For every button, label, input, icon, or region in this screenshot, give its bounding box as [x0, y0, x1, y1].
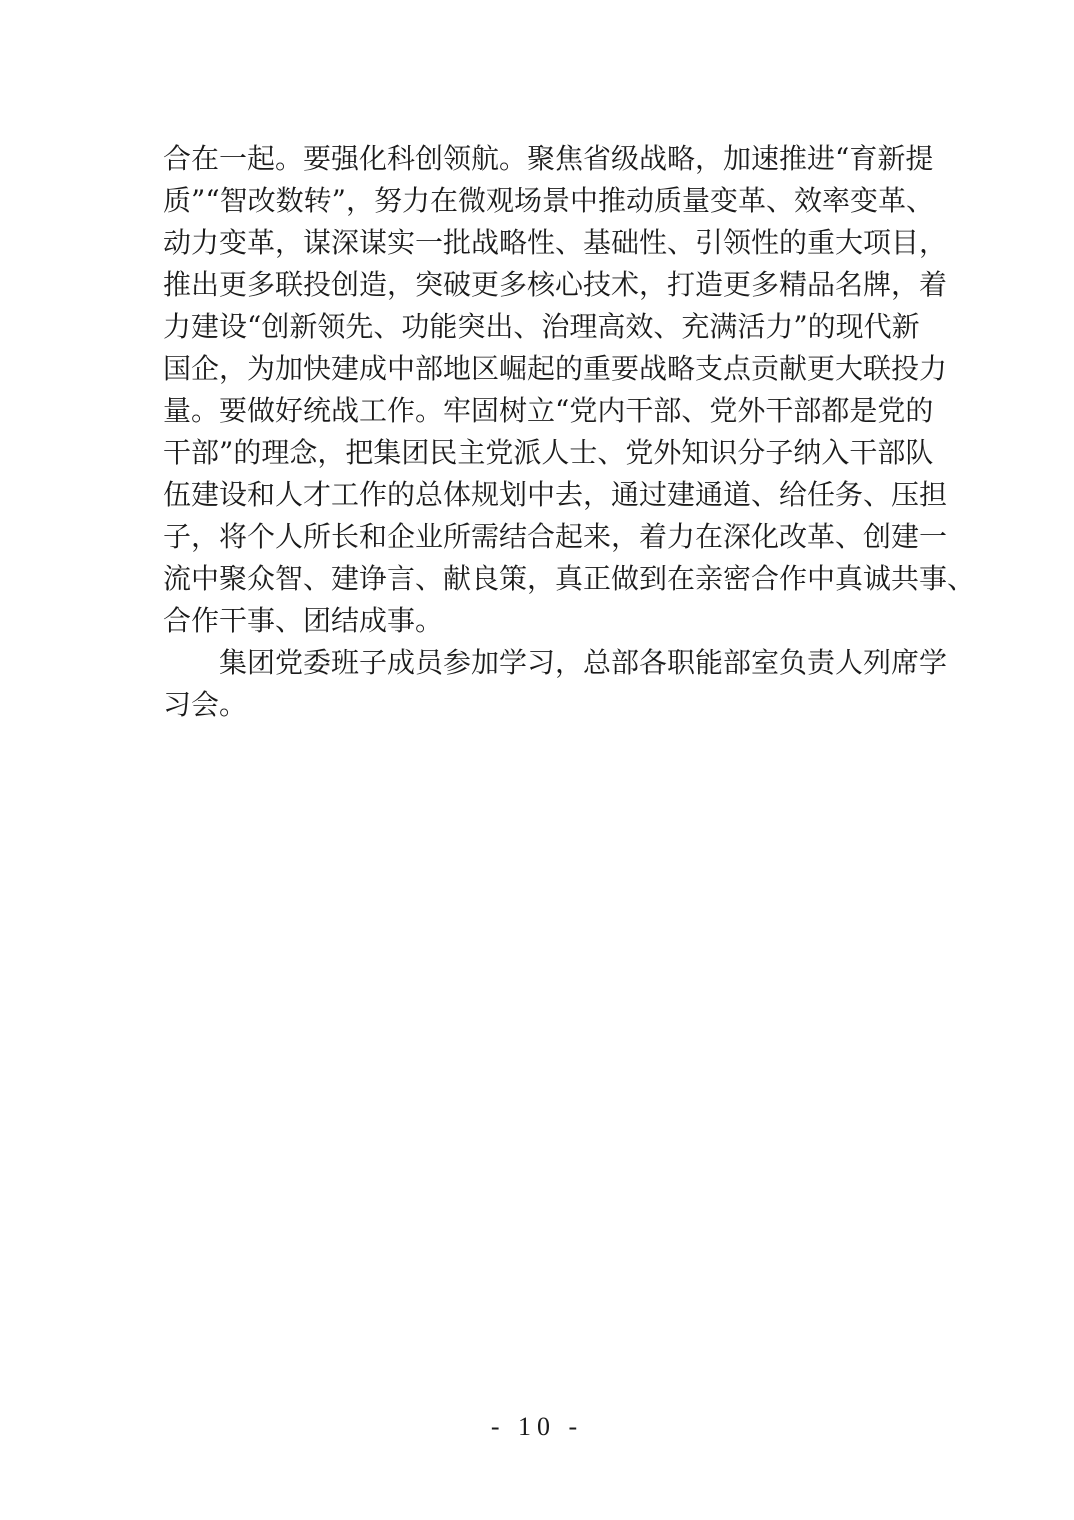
- text-line: 干部”的理念，把集团民主党派人士、党外知识分子纳入干部队: [163, 432, 912, 474]
- text-line: 力建设“创新领先、功能突出、治理高效、充满活力”的现代新: [163, 306, 912, 348]
- text-line: 习会。: [163, 684, 912, 726]
- text-line: 推出更多联投创造，突破更多核心技术，打造更多精品名牌，着: [163, 264, 912, 306]
- text-line: 伍建设和人才工作的总体规划中去，通过建通道、给任务、压担: [163, 474, 912, 516]
- text-line: 合在一起。要强化科创领航。聚焦省级战略，加速推进“育新提: [163, 138, 912, 180]
- text-line: 子，将个人所长和企业所需结合起来，着力在深化改革、创建一: [163, 516, 912, 558]
- text-line: 集团党委班子成员参加学习，总部各职能部室负责人列席学: [163, 642, 912, 684]
- text-line: 动力变革，谋深谋实一批战略性、基础性、引领性的重大项目，: [163, 222, 912, 264]
- text-line: 合作干事、团结成事。: [163, 600, 912, 642]
- text-line: 国企，为加快建成中部地区崛起的重要战略支点贡献更大联投力: [163, 348, 912, 390]
- text-line: 流中聚众智、建诤言、献良策，真正做到在亲密合作中真诚共事、: [163, 558, 912, 600]
- document-page: 合在一起。要强化科创领航。聚焦省级战略，加速推进“育新提 质”“智改数转”，努力…: [0, 0, 1074, 1520]
- document-body: 合在一起。要强化科创领航。聚焦省级战略，加速推进“育新提 质”“智改数转”，努力…: [163, 138, 912, 726]
- text-line: 量。要做好统战工作。牢固树立“党内干部、党外干部都是党的: [163, 390, 912, 432]
- paragraph-1: 合在一起。要强化科创领航。聚焦省级战略，加速推进“育新提 质”“智改数转”，努力…: [163, 138, 912, 642]
- text-line: 质”“智改数转”，努力在微观场景中推动质量变革、效率变革、: [163, 180, 912, 222]
- page-number: - 10 -: [0, 1412, 1074, 1442]
- paragraph-2: 集团党委班子成员参加学习，总部各职能部室负责人列席学 习会。: [163, 642, 912, 726]
